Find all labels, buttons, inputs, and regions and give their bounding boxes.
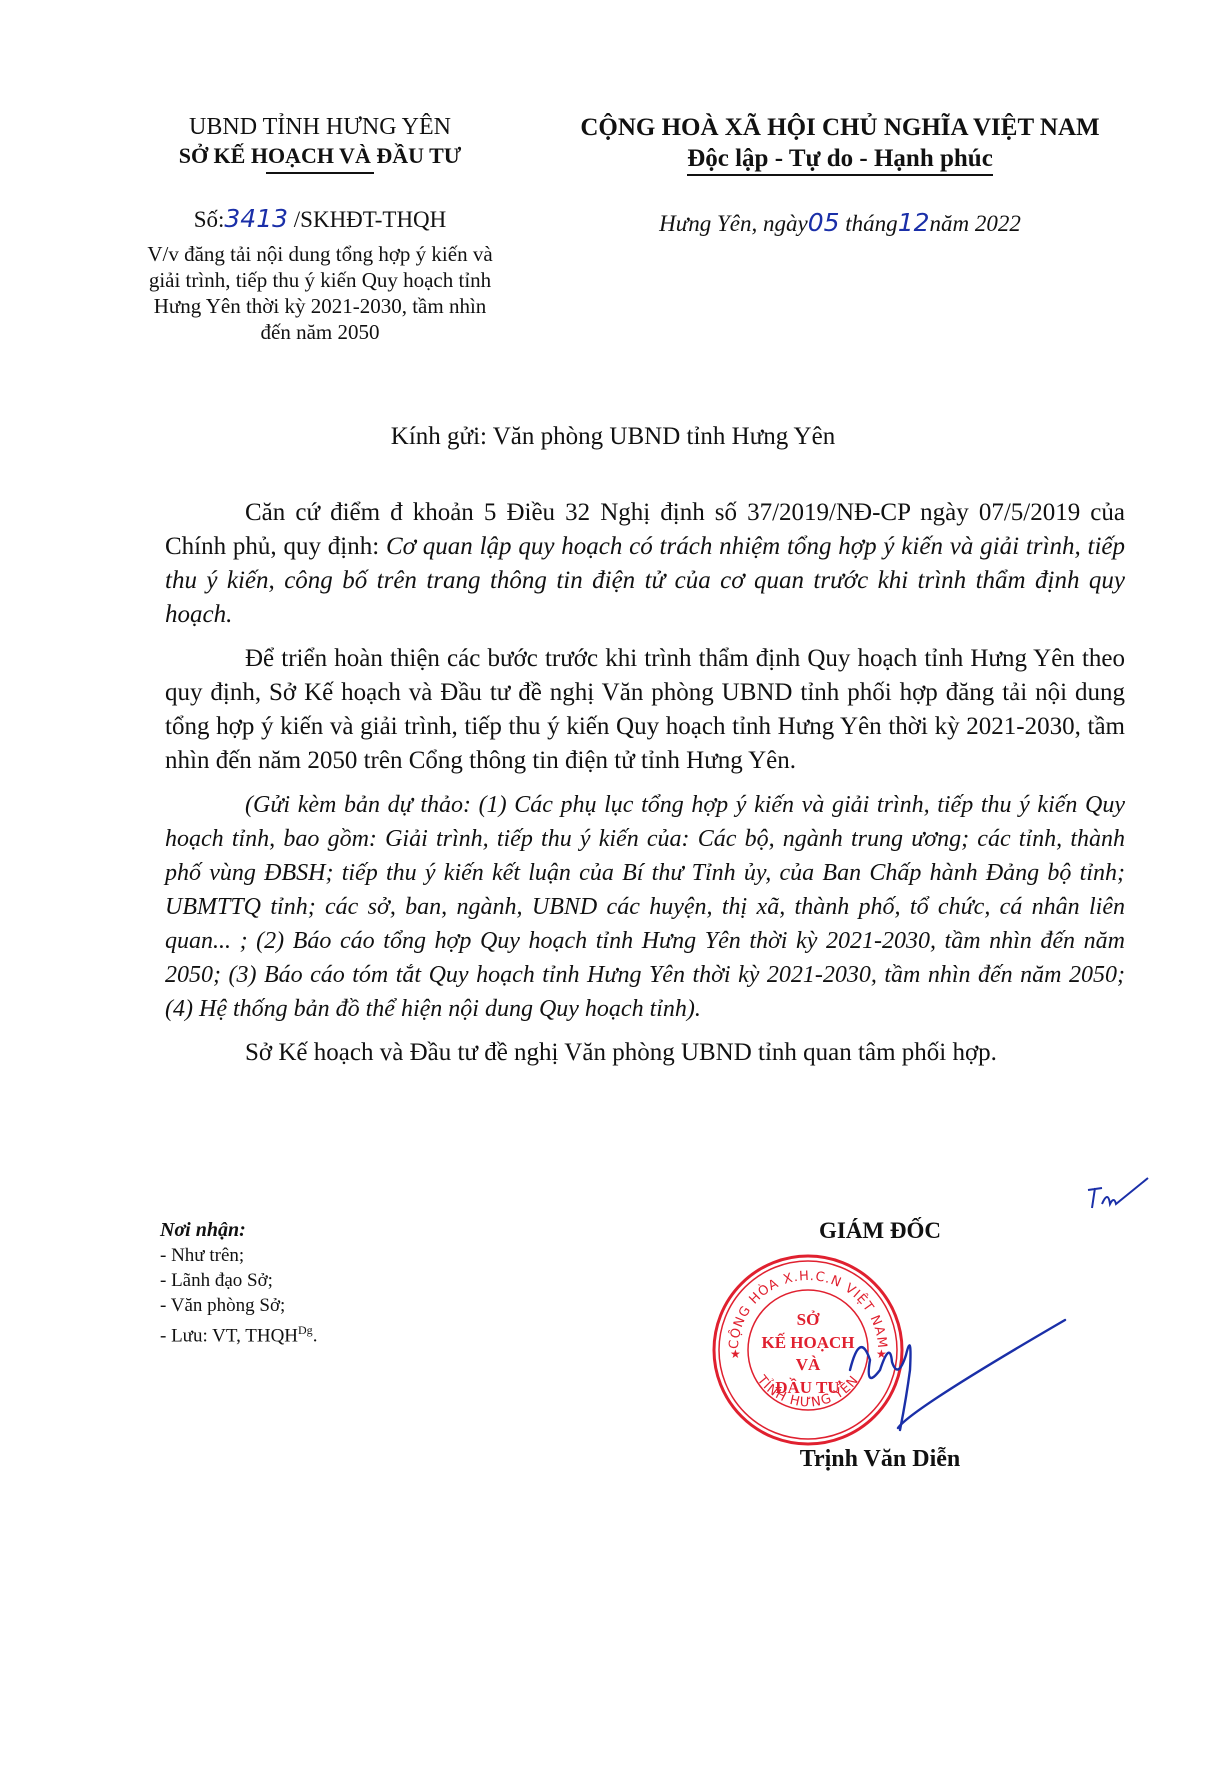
number-suffix: /SKHĐT-THQH	[288, 207, 446, 232]
national-header-block: CỘNG HOÀ XÃ HỘI CHỦ NGHĨA VIỆT NAM Độc l…	[540, 112, 1140, 239]
recipients-title: Nơi nhận:	[160, 1218, 490, 1243]
recipient-item: - Văn phòng Sở;	[160, 1293, 490, 1318]
issuing-agency-block: UBND TỈNH HƯNG YÊN SỞ KẾ HOẠCH VÀ ĐẦU TƯ…	[140, 112, 500, 345]
document-number: Số:3413 /SKHĐT-THQH	[140, 204, 500, 235]
paragraph-attachments: (Gửi kèm bản dự thảo: (1) Các phụ lục tổ…	[165, 788, 1125, 1026]
signer-title: GIÁM ĐỐC	[760, 1218, 1000, 1244]
handwritten-month: 12	[898, 208, 930, 237]
national-motto: Độc lập - Tự do - Hạnh phúc	[540, 144, 1140, 174]
svg-text:VÀ: VÀ	[796, 1355, 821, 1374]
recipients-list: Nơi nhận: - Như trên; - Lãnh đạo Sở; - V…	[160, 1218, 490, 1348]
recipient-item: - Lưu: VT, THQHDg.	[160, 1318, 490, 1348]
recipient-item: - Lãnh đạo Sở;	[160, 1268, 490, 1293]
handwritten-signature-icon	[840, 1300, 1070, 1460]
place-date: Hưng Yên, ngày05 tháng12năm 2022	[540, 208, 1140, 239]
svg-text:★: ★	[730, 1347, 741, 1361]
svg-text:ĐẦU TƯ: ĐẦU TƯ	[775, 1378, 841, 1397]
header-rule	[266, 172, 374, 174]
paragraph-closing: Sở Kế hoạch và Đầu tư đề nghị Văn phòng …	[165, 1036, 1125, 1070]
letter-body: Căn cứ điểm đ khoản 5 Điều 32 Nghị định …	[165, 496, 1125, 1080]
paragraph-legal-basis: Căn cứ điểm đ khoản 5 Điều 32 Nghị định …	[165, 496, 1125, 632]
department-name: SỞ KẾ HOẠCH VÀ ĐẦU TƯ	[140, 142, 500, 170]
number-prefix: Số:	[194, 207, 225, 232]
authority-name: UBND TỈNH HƯNG YÊN	[140, 112, 500, 142]
signer-name: Trịnh Văn Diễn	[760, 1446, 1000, 1473]
svg-text:SỞ: SỞ	[797, 1310, 820, 1329]
recipient-item: - Như trên;	[160, 1243, 490, 1268]
paragraph-request: Để triển hoàn thiện các bước trước khi t…	[165, 642, 1125, 778]
document-subject: V/v đăng tải nội dung tổng hợp ý kiến và…	[140, 241, 500, 345]
initials-mark-icon	[1080, 1160, 1150, 1215]
handwritten-number: 3413	[224, 204, 288, 233]
handwritten-day: 05	[808, 208, 840, 237]
recipient-line: Kính gửi: Văn phòng UBND tỉnh Hưng Yên	[140, 423, 1086, 451]
nation-title: CỘNG HOÀ XÃ HỘI CHỦ NGHĨA VIỆT NAM	[540, 112, 1140, 144]
